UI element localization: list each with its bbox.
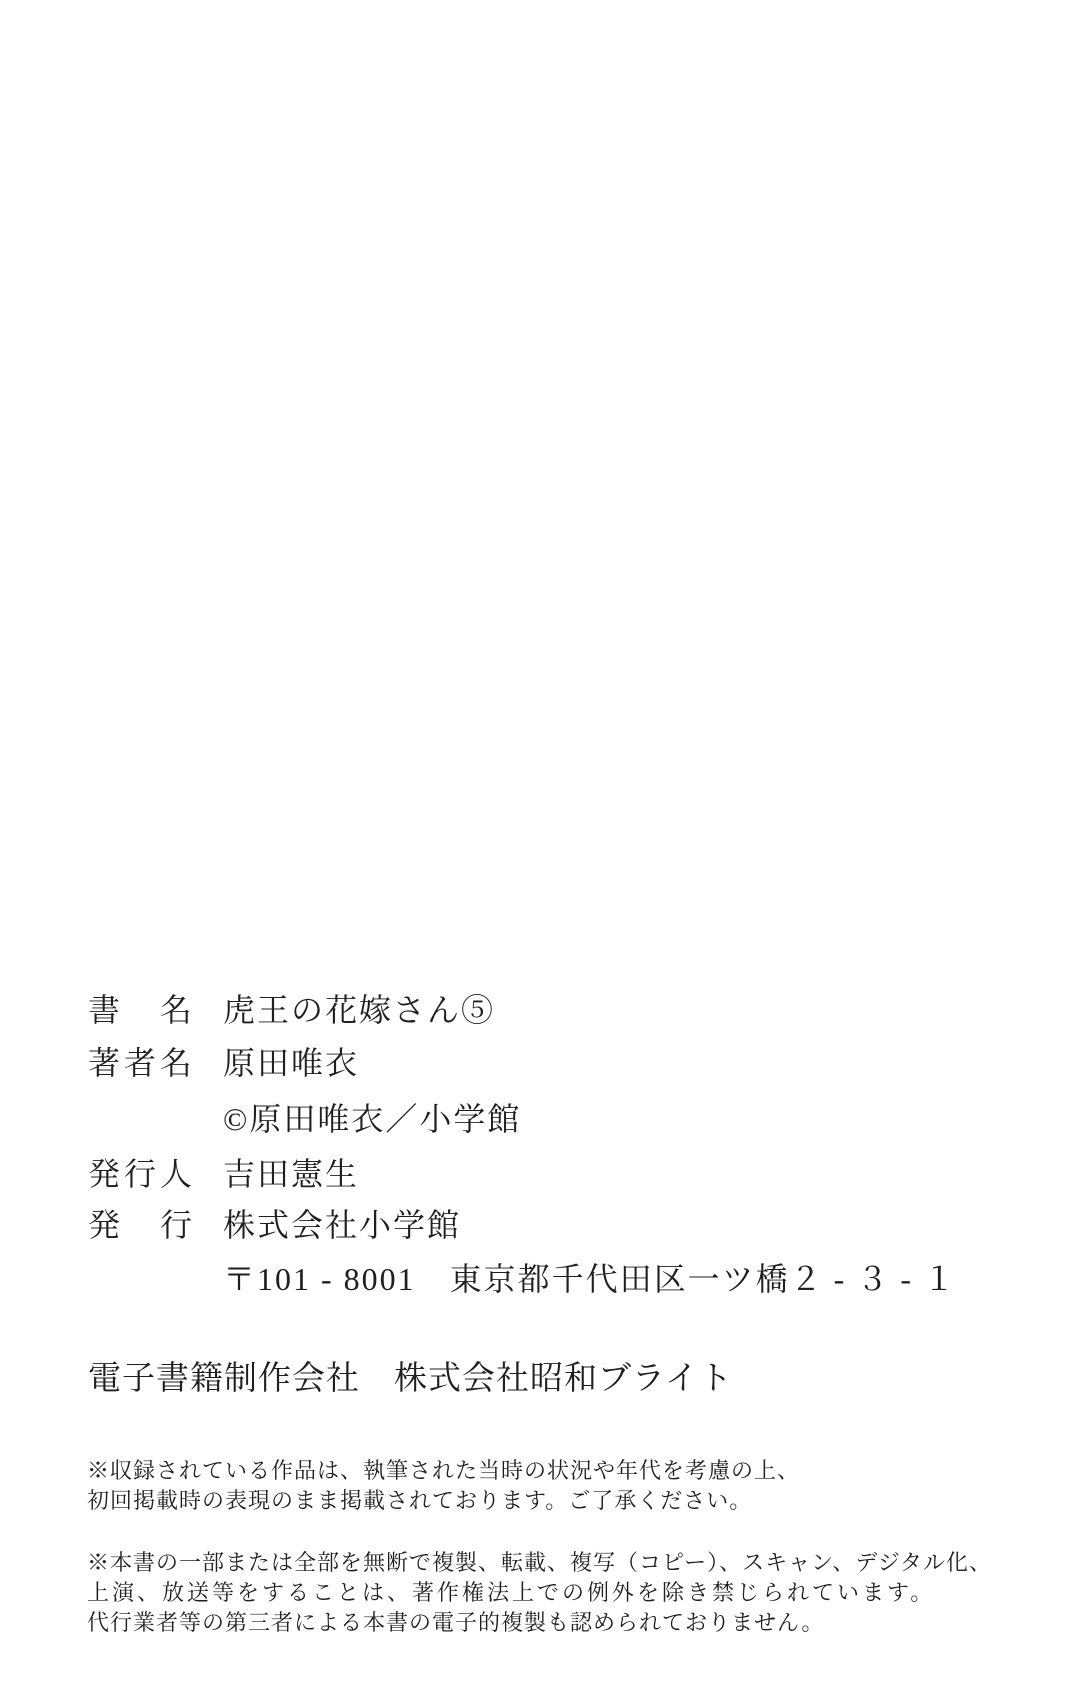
publisher-row: 発 行株式会社小学館 (88, 1209, 461, 1243)
publisher-person-label: 発行人 (88, 1158, 190, 1192)
book-title-value: 虎王の花嫁さん⑤ (223, 994, 495, 1028)
ebook-production-line: 電子書籍制作会社 株式会社昭和ブライト (88, 1362, 733, 1397)
copyright-value: ©原田唯衣／小学館 (223, 1103, 521, 1137)
copyright-notice-line-3: 代行業者等の第三者による本書の電子的複製も認められておりません。 (87, 1608, 992, 1638)
colophon-page: 書 名虎王の花嫁さん⑤ 著者名原田唯衣 ©原田唯衣／小学館 発行人吉田憲生 発 … (0, 0, 1078, 1698)
publisher-address-value: 〒101 - 8001 東京都千代田区一ツ橋２ - ３ - １ (223, 1263, 957, 1297)
reprint-notice-line-1: ※収録されている作品は、執筆された当時の状況や年代を考慮の上、 (87, 1456, 800, 1486)
reprint-notice: ※収録されている作品は、執筆された当時の状況や年代を考慮の上、 初回掲載時の表現… (87, 1456, 800, 1516)
publisher-label: 発 行 (88, 1209, 190, 1243)
publisher-value: 株式会社小学館 (223, 1209, 461, 1243)
author-row: 著者名原田唯衣 (88, 1047, 359, 1081)
copyright-notice-line-2: 上演、放送等をすることは、著作権法上での例外を除き禁じられています。 (87, 1578, 992, 1608)
book-title-label: 書 名 (88, 994, 190, 1028)
copyright-notice: ※本書の一部または全部を無断で複製、転載、複写（コピー）、スキャン、デジタル化、… (87, 1548, 992, 1638)
book-title-row: 書 名虎王の花嫁さん⑤ (88, 994, 495, 1028)
author-value: 原田唯衣 (223, 1047, 359, 1081)
publisher-address-row: 〒101 - 8001 東京都千代田区一ツ橋２ - ３ - １ (88, 1263, 957, 1297)
publisher-person-row: 発行人吉田憲生 (88, 1158, 359, 1192)
copyright-notice-line-1: ※本書の一部または全部を無断で複製、転載、複写（コピー）、スキャン、デジタル化、 (87, 1548, 992, 1578)
reprint-notice-line-2: 初回掲載時の表現のまま掲載されております。ご了承ください。 (87, 1486, 800, 1516)
author-label: 著者名 (88, 1047, 190, 1081)
copyright-row: ©原田唯衣／小学館 (88, 1103, 521, 1137)
publisher-person-value: 吉田憲生 (223, 1158, 359, 1192)
